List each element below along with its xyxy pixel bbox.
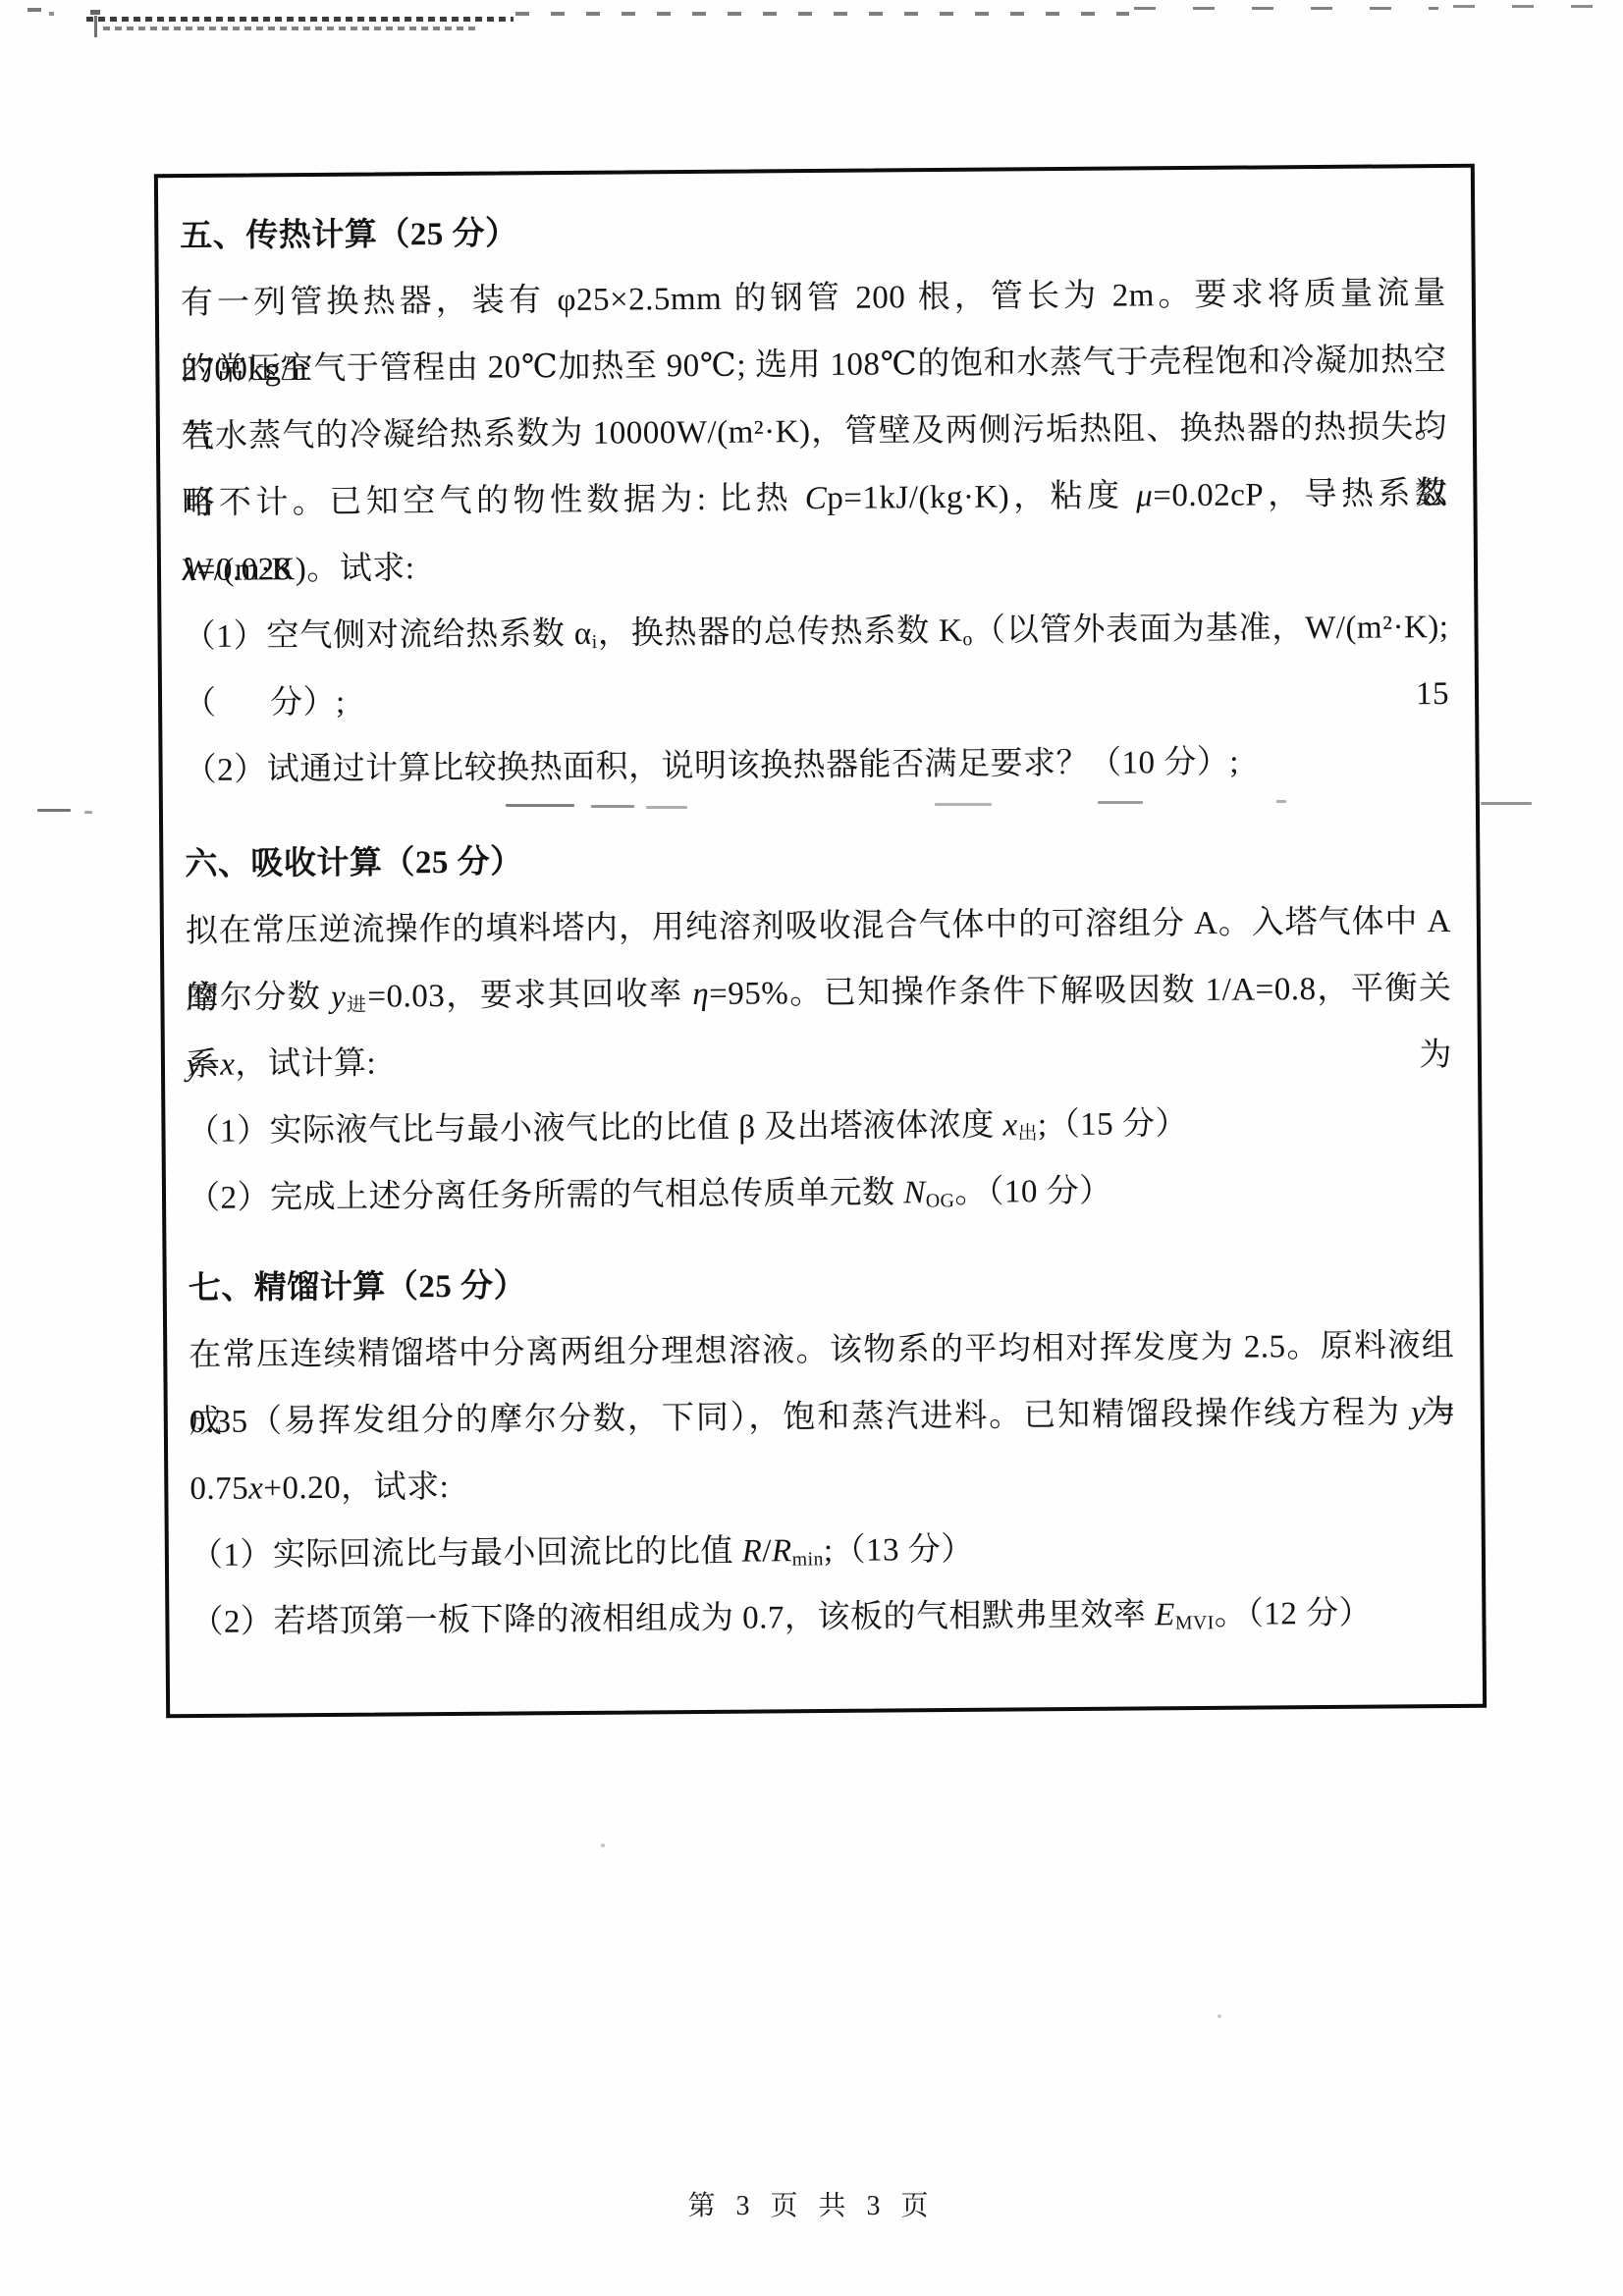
scan-noise-strip [86, 17, 514, 22]
scan-mark [27, 8, 41, 12]
section-heading: 七、精馏计算（25 分） [188, 1246, 1453, 1322]
paragraph-line: 略不计。已知空气的物性数据为: 比热 Cp=1kJ/(kg·K)，粘度 μ=0.… [182, 460, 1447, 537]
paragraph-line: 0.75x+0.20，试求: [189, 1446, 1455, 1522]
scan-dash [1481, 802, 1532, 805]
scan-noise-strip [1453, 5, 1615, 8]
paragraph-line: 若水蒸气的冷凝给热系数为 10000W/(m²·K)，管壁及两侧污垢热阻、换热器… [182, 394, 1447, 470]
paragraph-line: 0.35（易挥发组分的摩尔分数，下同），饱和蒸汽进料。已知精馏段操作线方程为 y… [189, 1379, 1455, 1456]
item-line: （2）若塔顶第一板下降的液相组成为 0.7，该板的气相默弗里效率 EMVI。（1… [190, 1579, 1456, 1656]
paragraph-line: 拟在常压逆流操作的填料塔内，用纯溶剂吸收混合气体中的可溶组分 A。入塔气体中 A… [186, 888, 1451, 965]
item-line: （2）完成上述分离任务所需的气相总传质单元数 NOG。（10 分） [188, 1155, 1453, 1232]
scan-dot [601, 1843, 605, 1847]
paragraph-line: 有一列管换热器，装有 φ25×2.5mm 的钢管 200 根，管长为 2m。要求… [181, 260, 1446, 337]
question-content: 五、传热计算（25 分） 有一列管换热器，装有 φ25×2.5mm 的钢管 20… [158, 168, 1483, 1656]
question-border-box: 五、传热计算（25 分） 有一列管换热器，装有 φ25×2.5mm 的钢管 20… [154, 164, 1487, 1719]
paragraph-line: W/(m·K)。试求: [183, 527, 1448, 604]
paragraph-line: 的常压空气于管程由 20℃加热至 90℃; 选用 108℃的饱和水蒸气于壳程饱和… [181, 327, 1446, 403]
section-heading: 六、吸收计算（25 分） [185, 822, 1450, 898]
item-line: （1）实际回流比与最小回流比的比值 R/Rmin;（13 分） [190, 1513, 1456, 1589]
scan-mark [90, 10, 100, 15]
section-heading: 五、传热计算（25 分） [180, 193, 1445, 270]
scan-mark [94, 16, 97, 37]
scan-dash [37, 809, 71, 812]
item-line: （1）空气侧对流给热系数 αi，换热器的总传热系数 Ko（以管外表面为基准，W/… [183, 594, 1448, 670]
item-line: （2）试通过计算比较换热面积，说明该换热器能否满足要求？（10 分）; [184, 727, 1449, 804]
scan-noise-strip [515, 12, 1129, 16]
page-footer: 第 3 页 共 3 页 [0, 2184, 1623, 2223]
item-line: （1）实际液气比与最小液气比的比值 β 及出塔液体浓度 x出;（15 分） [187, 1089, 1452, 1165]
scan-mark [49, 12, 54, 16]
paragraph-line: 在常压连续精馏塔中分离两组分理想溶液。该物系的平均相对挥发度为 2.5。原料液组… [189, 1312, 1454, 1389]
scanned-exam-page: 五、传热计算（25 分） 有一列管换热器，装有 φ25×2.5mm 的钢管 20… [0, 0, 1623, 2296]
paragraph-line: 摩尔分数 y进=0.03，要求其回收率 η=95%。已知操作条件下解吸因数 1/… [186, 955, 1451, 1032]
scan-dot [1217, 2014, 1221, 2018]
scan-noise-strip [103, 27, 476, 30]
scan-dash [84, 811, 92, 814]
scan-noise-strip [1134, 7, 1438, 10]
